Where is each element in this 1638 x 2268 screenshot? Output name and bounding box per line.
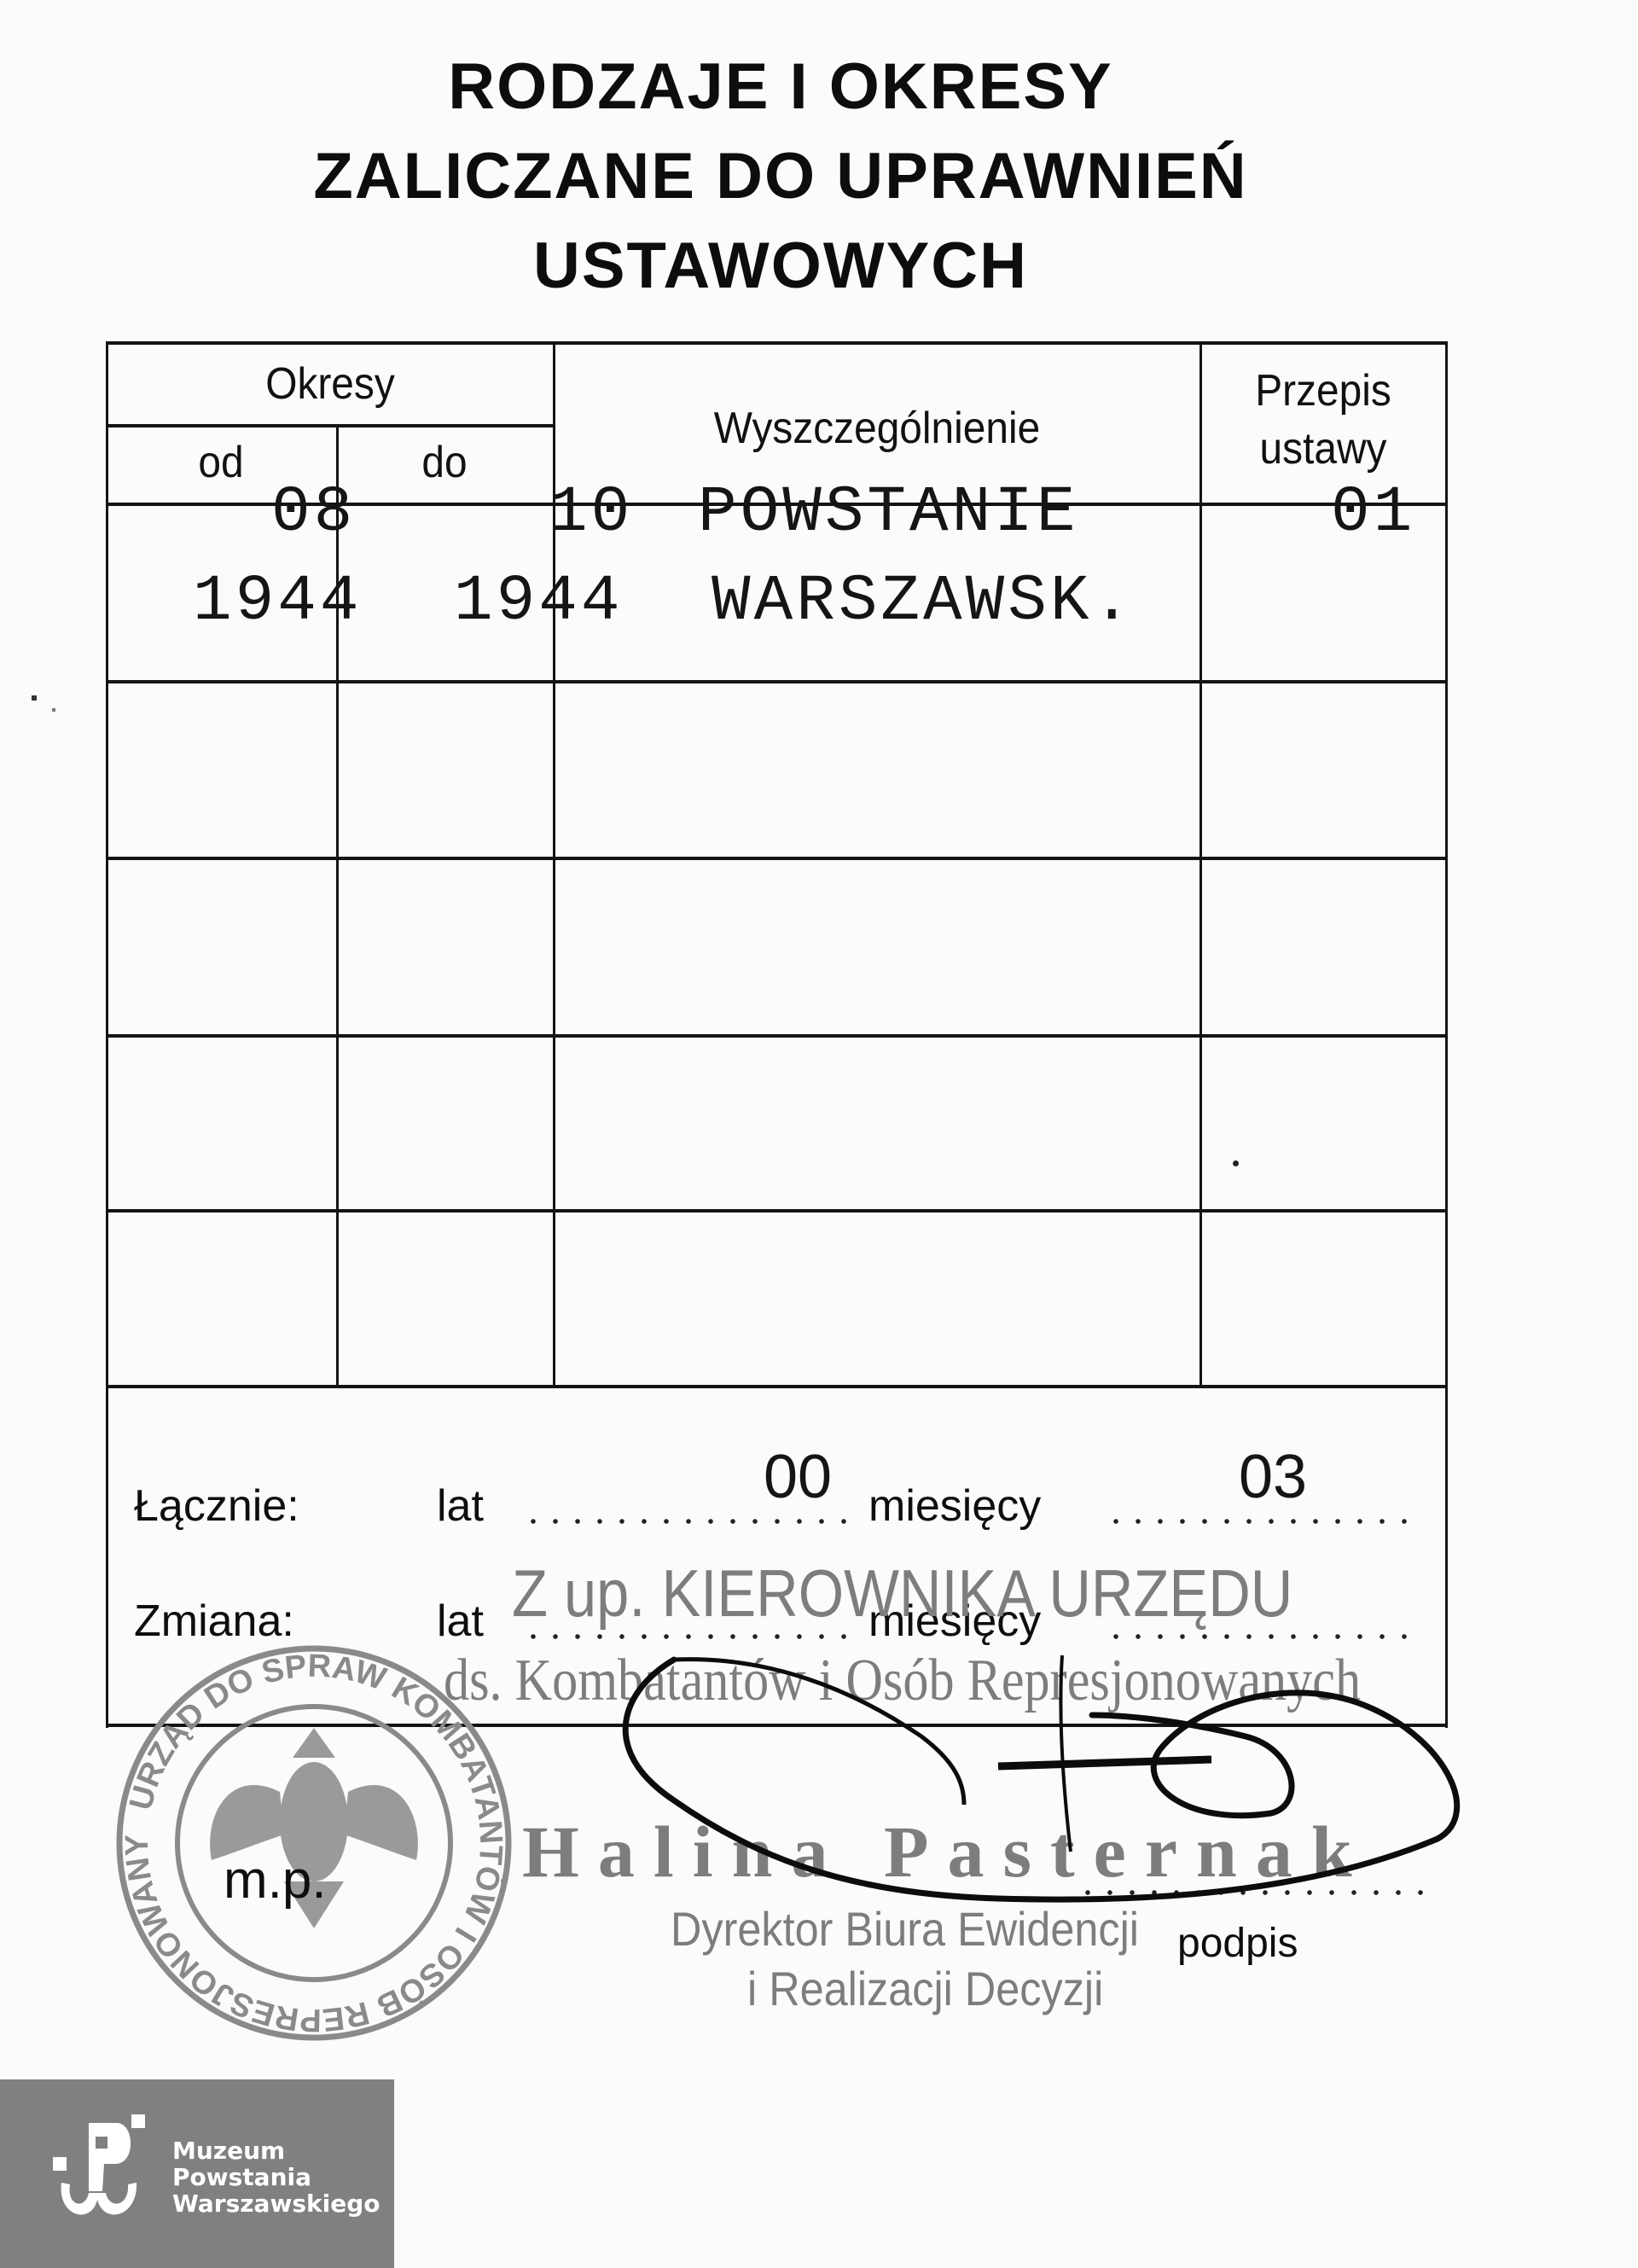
total-years-value: 00 — [764, 1442, 832, 1512]
header-description: Wyszczególnienie — [580, 403, 1174, 454]
row-to-year: 1944 — [454, 565, 623, 638]
handwritten-signature-icon — [597, 1655, 1484, 1920]
museum-name-line-3: Warszawskiego — [172, 2190, 380, 2217]
stamp-authority-line-1: Z up. KIEROWNIKA URZĘDU — [512, 1555, 1292, 1632]
header-periods: Okresy — [124, 358, 537, 410]
place-label: m.p. — [224, 1850, 327, 1910]
total-years-label: lat — [437, 1480, 484, 1532]
signature-label: podpis — [1177, 1920, 1298, 1967]
museum-name-line-1: Muzeum — [172, 2137, 380, 2164]
header-regulation-line-1: Przepis — [1211, 365, 1435, 416]
document-title-line-2: ZALICZANE DO UPRAWNIEŃ — [0, 139, 1561, 213]
row-description-line-1: POWSTANIE — [698, 476, 1078, 550]
row-description-line-2: WARSZAWSK. — [712, 565, 1135, 638]
total-months-value: 03 — [1239, 1442, 1307, 1512]
row-regulation: 01 — [1331, 476, 1415, 550]
document-title-line-1: RODZAJE I OKRESY — [0, 49, 1561, 124]
stamp-signatory-title-line-2: i Realizacji Decyzji — [747, 1961, 1103, 2016]
change-years-dotted-field — [522, 1634, 863, 1639]
total-months-label: miesięcy — [868, 1480, 1041, 1532]
kotwica-anchor-icon — [53, 2114, 155, 2225]
header-to: do — [345, 437, 544, 488]
row-from-month: 08 — [271, 476, 356, 550]
header-regulation-line-2: ustawy — [1211, 423, 1435, 474]
total-months-dotted-field — [1105, 1519, 1420, 1524]
row-to-month: 10 — [549, 476, 633, 550]
speck — [52, 708, 55, 712]
total-label: Łącznie: — [134, 1480, 299, 1532]
total-years-dotted-field — [522, 1519, 863, 1524]
museum-name-line-2: Powstania — [172, 2164, 380, 2190]
museum-name: Muzeum Powstania Warszawskiego — [172, 2137, 380, 2217]
change-months-dotted-field — [1105, 1634, 1420, 1639]
row-from-year: 1944 — [193, 565, 362, 638]
speck — [32, 695, 37, 701]
speck — [1233, 1160, 1239, 1166]
official-seal-icon: URZĄD DO SPRAW KOMBATANTÓW I OSÓB REPRES… — [109, 1638, 519, 2048]
document-title-line-3: USTAWOWYCH — [0, 229, 1561, 303]
